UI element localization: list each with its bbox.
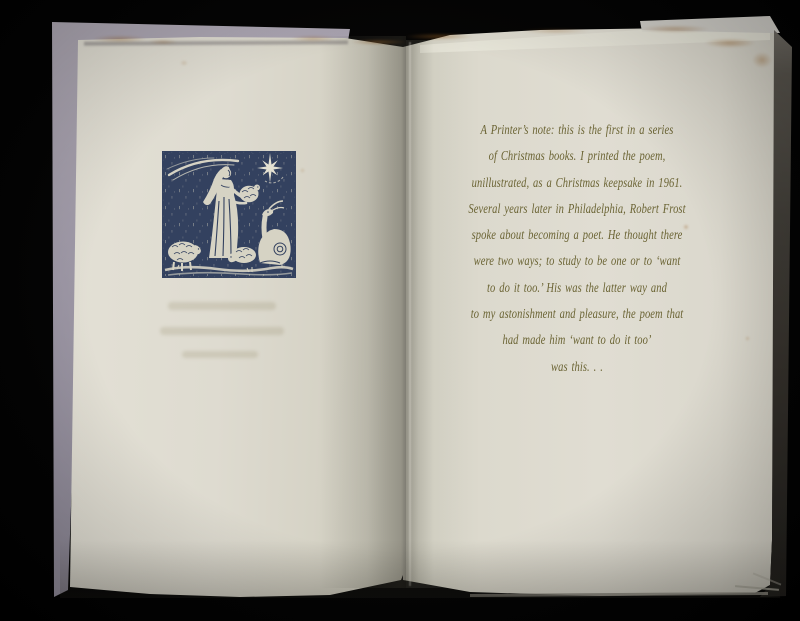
printers-note-line: unillustrated, as a Christmas keepsake i… xyxy=(454,170,700,196)
book-photo-scene: A Printer’s note: this is the first in a… xyxy=(0,0,800,621)
printers-note-line: was this. . . xyxy=(454,354,700,380)
show-through-text-line xyxy=(182,351,258,358)
bottom-shading xyxy=(60,540,780,598)
show-through-text-line xyxy=(160,327,284,335)
printers-note-line: were two ways; to study to be one or to … xyxy=(454,248,700,274)
printers-note: A Printer’s note: this is the first in a… xyxy=(419,117,735,380)
christmas-woodcut-illustration xyxy=(162,151,296,278)
printers-note-line: A Printer’s note: this is the first in a… xyxy=(454,117,700,143)
printers-note-line: to do it too.’ His was the latter way an… xyxy=(454,275,700,301)
printers-note-line: of Christmas books. I printed the poem, xyxy=(454,143,700,169)
foxing-stain xyxy=(640,25,710,33)
printers-note-line: Several years later in Philadelphia, Rob… xyxy=(454,196,700,222)
gutter-shadow xyxy=(320,36,406,588)
show-through-text-line xyxy=(168,302,276,310)
foxing-stain xyxy=(92,35,147,43)
foxing-stain xyxy=(752,52,772,68)
printers-note-line: to my astonishment and pleasure, the poe… xyxy=(454,301,700,327)
foxing-stain xyxy=(704,38,756,48)
gutter-crease-highlight xyxy=(409,42,411,586)
printers-note-line: spoke about becoming a poet. He thought … xyxy=(454,222,700,248)
foxing-stain xyxy=(404,33,474,40)
foxing-stain xyxy=(180,60,188,66)
foxing-stain xyxy=(148,39,178,45)
foxing-stain xyxy=(745,336,750,341)
printers-note-line: had made him ‘want to do it too’ xyxy=(454,327,700,353)
foxing-stain xyxy=(300,168,305,173)
foxing-stain xyxy=(520,28,590,34)
